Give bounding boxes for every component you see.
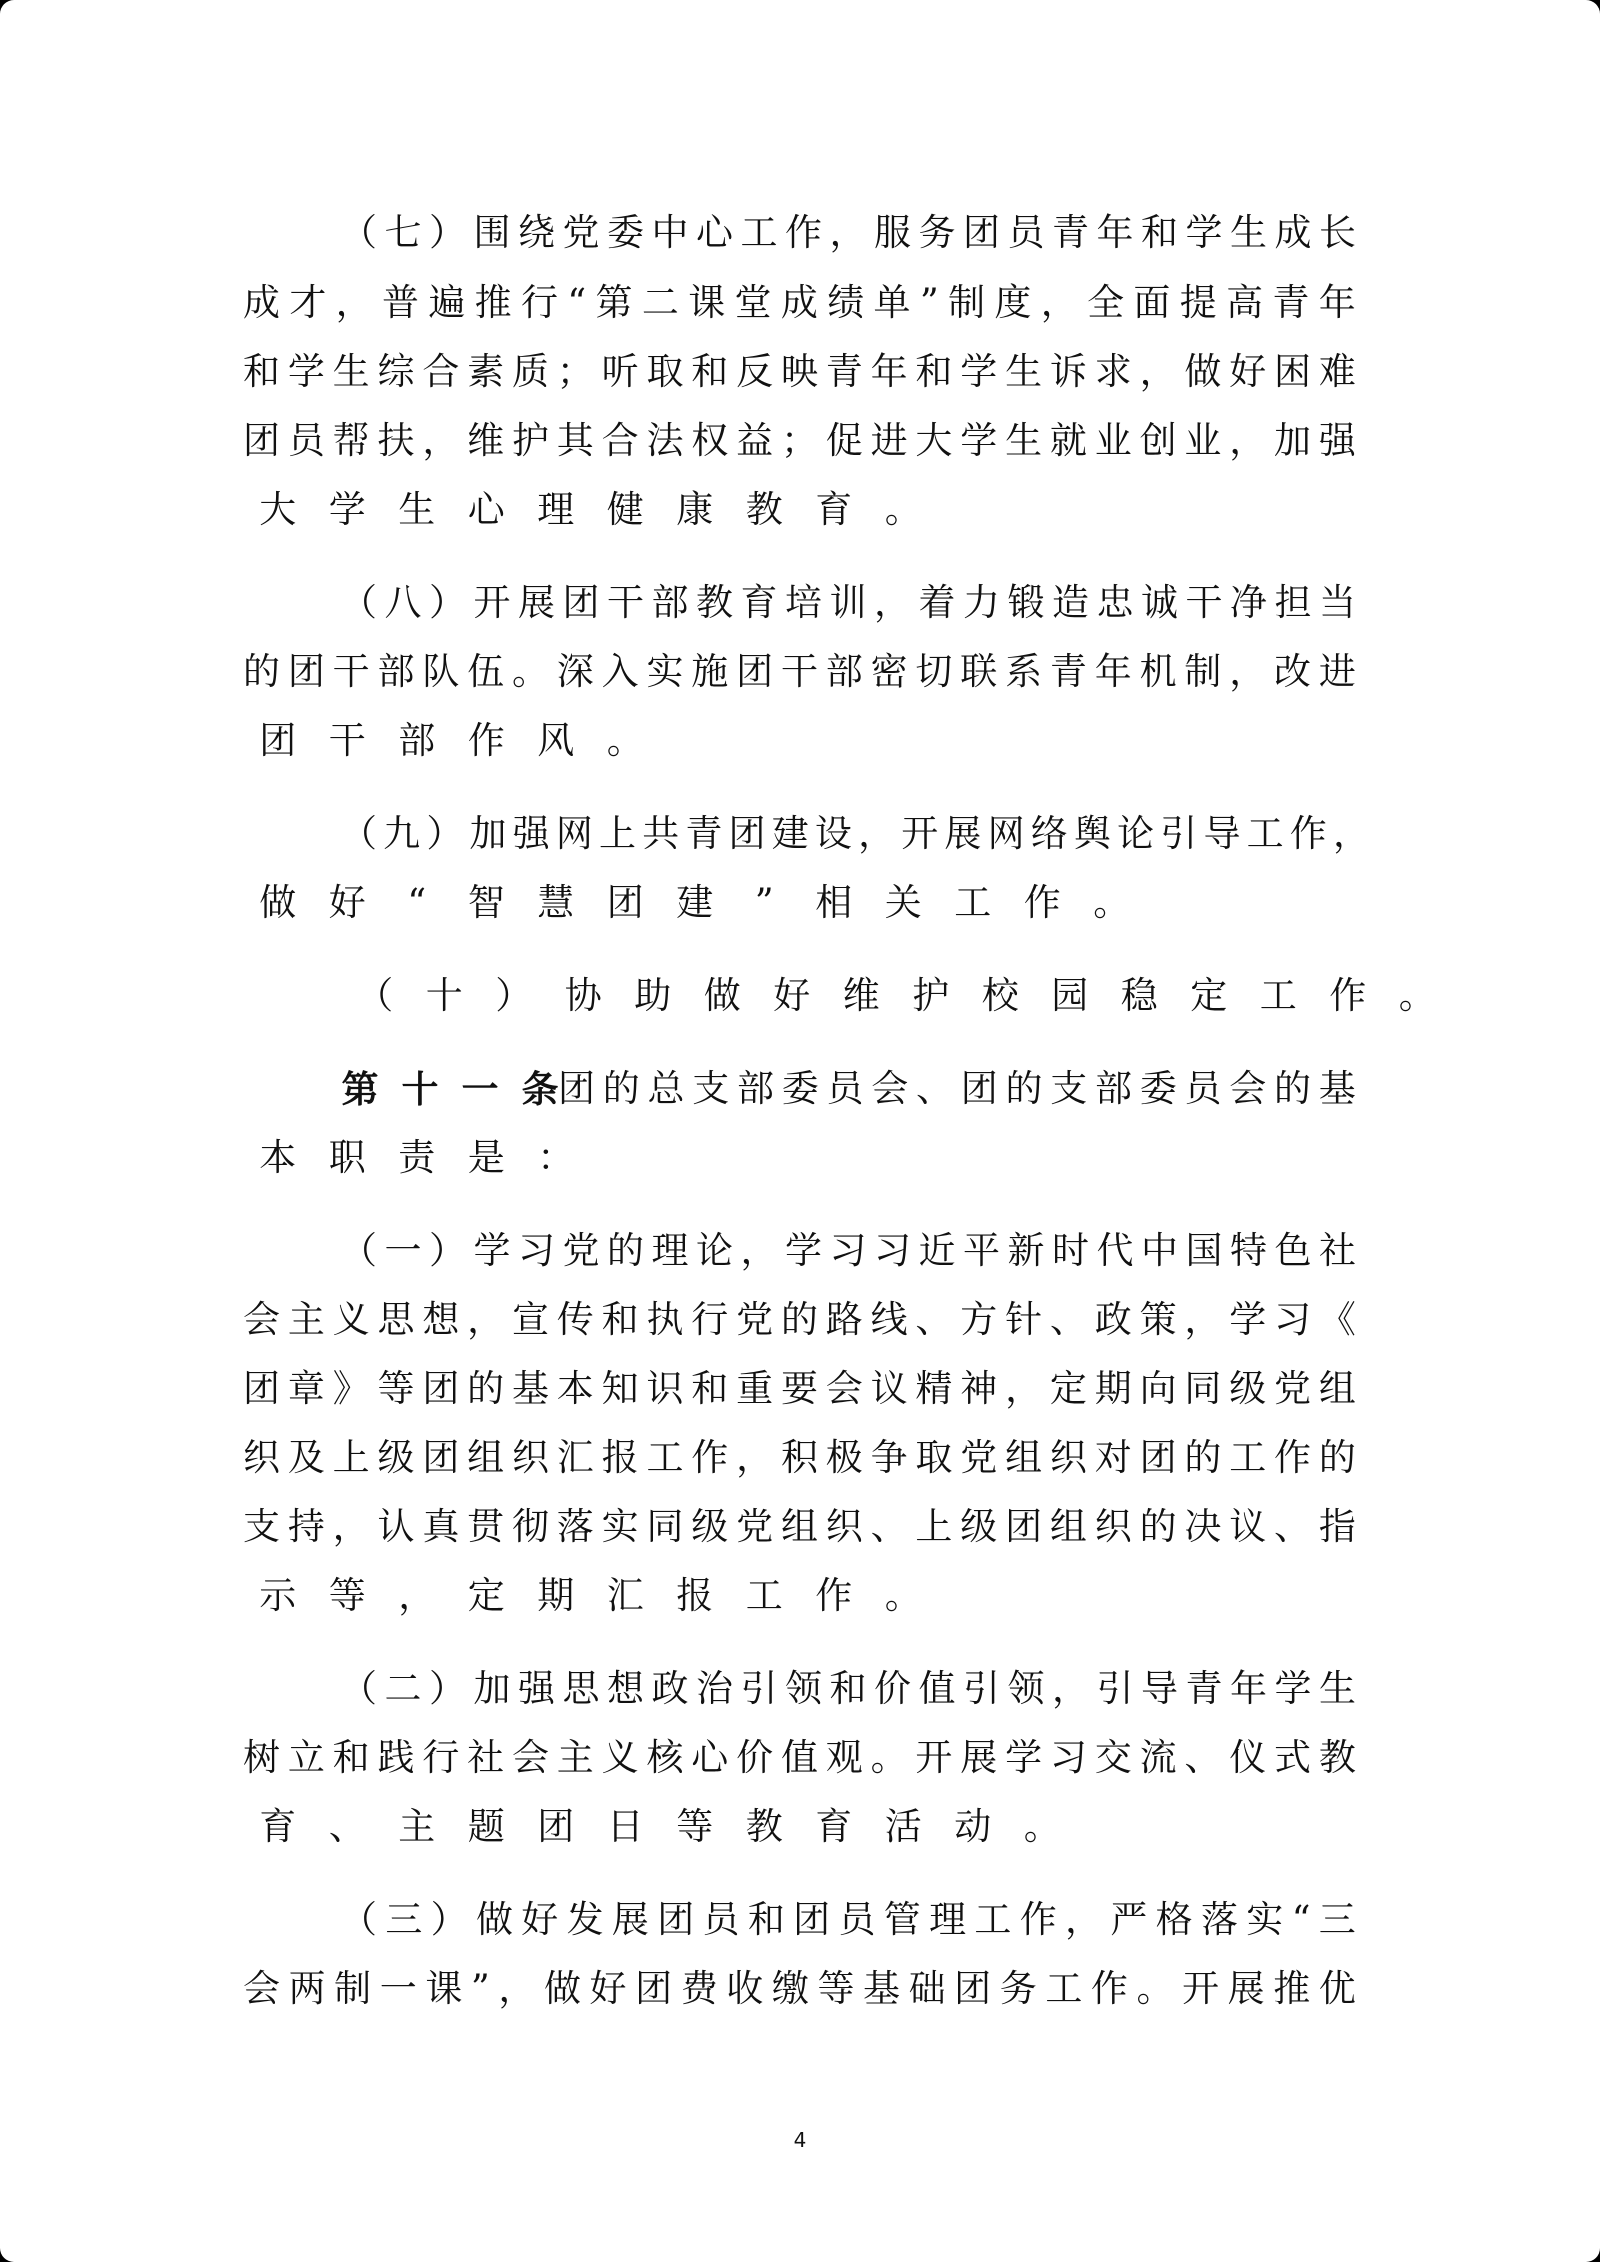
char: 十: [410, 971, 480, 1021]
char: 遍: [428, 278, 465, 328]
char: 普: [382, 278, 419, 328]
char: 特: [1230, 1226, 1267, 1276]
char: 习: [874, 1226, 911, 1276]
char: 争: [871, 1433, 908, 1483]
char: 的: [1319, 1433, 1356, 1483]
char: ；: [781, 416, 818, 466]
char: 学: [1229, 1295, 1266, 1345]
char: 困: [1274, 347, 1311, 397]
char: 质: [512, 347, 549, 397]
char: 策: [1140, 1295, 1177, 1345]
char: 课: [425, 1964, 462, 2014]
char: 团: [657, 1895, 694, 1945]
char: （: [340, 1226, 377, 1276]
char: 年: [871, 347, 908, 397]
text-line: 团员帮扶，维护其合法权益；促进大学生就业创业，加强: [243, 416, 1356, 466]
char: 同: [646, 1502, 683, 1552]
char: 和: [830, 1664, 867, 1714]
char: 代: [1097, 1226, 1134, 1276]
char: 实: [602, 1502, 639, 1552]
char: 队: [422, 647, 459, 697]
char: 七: [385, 208, 422, 258]
char: 求: [1095, 347, 1132, 397]
char: 严: [1110, 1895, 1147, 1945]
char: 开: [1182, 1964, 1219, 2014]
char: 干: [313, 716, 383, 766]
char: 开: [915, 1733, 952, 1783]
text-line: （三）做好发展团员和团员管理工作，严格落实“三: [340, 1895, 1356, 1945]
char: 核: [646, 1733, 683, 1783]
char: （: [340, 1664, 377, 1714]
char: 级: [691, 1502, 728, 1552]
char: 员: [827, 1064, 864, 1114]
char: ，: [1052, 1664, 1089, 1714]
char: ，: [1041, 278, 1078, 328]
char: 作: [1274, 1433, 1311, 1483]
char: 好: [313, 878, 383, 928]
char: 中: [1141, 1226, 1178, 1276]
char: 十: [390, 1064, 450, 1114]
char: 伍: [467, 647, 504, 697]
char: 价: [874, 1664, 911, 1714]
char: 治: [696, 1664, 733, 1714]
char: 习: [1274, 1295, 1311, 1345]
char: 党: [1274, 1364, 1311, 1414]
char: 生: [1005, 416, 1042, 466]
char: 汇: [557, 1433, 594, 1483]
char: 全: [1087, 278, 1124, 328]
char: 色: [1275, 1226, 1312, 1276]
text-line: 团干部作风。: [243, 716, 1356, 766]
char: 是: [452, 1133, 522, 1183]
char: 、: [916, 1064, 953, 1114]
char: 会: [826, 1364, 863, 1414]
char: 党: [736, 1502, 773, 1552]
char: 费: [681, 1964, 718, 2014]
char: 强: [513, 809, 550, 859]
char: 和: [748, 1895, 785, 1945]
char: 实: [646, 647, 683, 697]
char: 党: [960, 1433, 997, 1483]
char: 报: [660, 1571, 730, 1621]
char: 组: [1005, 1433, 1042, 1483]
char: 年: [1319, 278, 1356, 328]
text-line: 育、主题团日等教育活动。: [243, 1802, 1356, 1852]
char: （: [340, 578, 377, 628]
char: 。: [869, 485, 939, 535]
char: 其: [557, 416, 594, 466]
char: 高: [1226, 278, 1263, 328]
char: 交: [1095, 1733, 1132, 1783]
char: 协: [549, 971, 619, 1021]
char: 切: [915, 647, 952, 697]
char: 团: [736, 647, 773, 697]
char: ，: [1184, 1295, 1221, 1345]
char: 平: [963, 1226, 1000, 1276]
char: 校: [966, 971, 1036, 1021]
char: 生: [1005, 347, 1042, 397]
text-line: （八）开展团干部教育培训，着力锻造忠诚干净担当: [340, 578, 1356, 628]
char: 式: [1274, 1733, 1311, 1783]
char: ）: [479, 971, 549, 1021]
text-line: 做好“智慧团建”相关工作。: [243, 878, 1356, 928]
char: 教: [730, 1802, 800, 1852]
char: 落: [557, 1502, 594, 1552]
char: 、: [313, 1802, 383, 1852]
char: 党: [563, 1226, 600, 1276]
char: 流: [1140, 1733, 1177, 1783]
char: 改: [1274, 647, 1311, 697]
char: 维: [467, 416, 504, 466]
char: 培: [785, 578, 822, 628]
char: 思: [377, 1295, 414, 1345]
char: 年: [1097, 208, 1134, 258]
char: 员: [1008, 208, 1045, 258]
char: 主: [382, 1802, 452, 1852]
char: 度: [994, 278, 1031, 328]
char: 员: [1185, 1064, 1222, 1114]
char: 团: [422, 1364, 459, 1414]
char: 促: [826, 416, 863, 466]
char: 诚: [1141, 578, 1178, 628]
char: 的: [1184, 1433, 1221, 1483]
char: 定: [1174, 971, 1244, 1021]
char: 制: [948, 278, 985, 328]
char: 和: [243, 347, 280, 397]
char: 上: [599, 809, 636, 859]
char: 加: [474, 1664, 511, 1714]
char: 重: [736, 1364, 773, 1414]
page-number: 4: [0, 2128, 1600, 2152]
char: ，: [874, 578, 911, 628]
char: 践: [377, 1733, 414, 1783]
char: 强: [518, 1664, 555, 1714]
char: 落: [1201, 1895, 1238, 1945]
char: 识: [646, 1364, 683, 1414]
text-line: 会主义思想，宣传和执行党的路线、方针、政策，学习《: [243, 1295, 1356, 1345]
char: 行: [422, 1733, 459, 1783]
char: 绩: [827, 278, 864, 328]
char: 扶: [377, 416, 414, 466]
char: 推: [475, 278, 512, 328]
char: 好: [590, 1964, 627, 2014]
char: ，: [1229, 647, 1266, 697]
char: 基: [512, 1364, 549, 1414]
char: 法: [646, 416, 683, 466]
char: 团: [521, 1802, 591, 1852]
char: 团: [1140, 1433, 1177, 1483]
char: 展: [960, 1733, 997, 1783]
char: 稳: [1105, 971, 1175, 1021]
char: 贯: [467, 1502, 504, 1552]
char: 青: [1186, 1664, 1223, 1714]
char: 领: [785, 1664, 822, 1714]
char: 作: [785, 208, 822, 258]
char: 的: [603, 1064, 640, 1114]
char: 方: [960, 1295, 997, 1345]
char: 作: [691, 1433, 728, 1483]
char: 作: [1313, 971, 1383, 1021]
char: 大: [915, 416, 952, 466]
char: 等: [817, 1964, 854, 2014]
text-line: 大学生心理健康教育。: [243, 485, 1356, 535]
char: 总: [648, 1064, 685, 1114]
char: 真: [422, 1502, 459, 1552]
char: 担: [1275, 578, 1312, 628]
char: 慧: [521, 878, 591, 928]
char: “: [382, 878, 452, 928]
char: 级: [1229, 1364, 1266, 1414]
char: 组: [467, 1433, 504, 1483]
char: 。: [1136, 1964, 1173, 2014]
char: 作: [1290, 809, 1327, 859]
char: 政: [1095, 1295, 1132, 1345]
char: 线: [871, 1295, 908, 1345]
text-line: 树立和践行社会主义核心价值观。开展学习交流、仪式教: [243, 1733, 1356, 1783]
char: 收: [726, 1964, 763, 2014]
char: 机: [1140, 647, 1177, 697]
char: 。: [1008, 1802, 1078, 1852]
char: 业: [1184, 416, 1221, 466]
char: 生: [1230, 208, 1267, 258]
text-line: （九）加强网上共青团建设，开展网络舆论引导工作，: [340, 809, 1370, 859]
char: 员: [703, 1895, 740, 1945]
char: 做: [544, 1964, 581, 2014]
char: 引: [741, 1664, 778, 1714]
char: 部: [737, 1064, 774, 1114]
char: 等: [313, 1571, 383, 1621]
char: 员: [838, 1895, 875, 1945]
char: 的: [1006, 1064, 1043, 1114]
char: 做: [243, 878, 313, 928]
char: 想: [422, 1295, 459, 1345]
char: 青: [826, 347, 863, 397]
char: 持: [288, 1502, 325, 1552]
char: 引: [1097, 1664, 1134, 1714]
char: 路: [826, 1295, 863, 1345]
char: ，: [1065, 1895, 1102, 1945]
char: 青: [685, 809, 722, 859]
char: 工: [741, 208, 778, 258]
char: 学: [1005, 1733, 1042, 1783]
char: 三: [385, 1895, 422, 1945]
char: 听: [602, 347, 639, 397]
char: 要: [781, 1364, 818, 1414]
char: ，: [467, 1295, 504, 1345]
char: 定: [1050, 1364, 1087, 1414]
char: ）: [431, 1895, 468, 1945]
char: 制: [1184, 647, 1221, 697]
text-line: 的团干部队伍。深入实施团干部密切联系青年机制，改进: [243, 647, 1356, 697]
char: 发: [567, 1895, 604, 1945]
char: 心: [452, 485, 522, 535]
text-line: （十）协助做好维护校园稳定工作。: [340, 971, 1453, 1021]
char: 综: [377, 347, 414, 397]
char: 的: [781, 1295, 818, 1345]
char: 观: [826, 1733, 863, 1783]
char: 值: [919, 1664, 956, 1714]
text-line: 织及上级团组织汇报工作，积极争取党组织对团的工作的: [243, 1433, 1356, 1483]
char: ，: [498, 1964, 535, 2014]
char: 主: [288, 1295, 325, 1345]
char: 作: [1091, 1964, 1128, 2014]
char: 成: [243, 278, 280, 328]
char: ，: [858, 809, 895, 859]
char: 生: [333, 347, 370, 397]
char: 政: [652, 1664, 689, 1714]
char: 支: [1050, 1064, 1087, 1114]
char: 社: [467, 1733, 504, 1783]
char: （: [340, 809, 377, 859]
char: 思: [563, 1664, 600, 1714]
char: 新: [1008, 1226, 1045, 1276]
char: 建: [772, 809, 809, 859]
text-line: 团章》等团的基本知识和重要会议精神，定期向同级党组: [243, 1364, 1356, 1414]
char: “: [1292, 1895, 1311, 1945]
char: 团: [954, 1964, 991, 2014]
char: 职: [313, 1133, 383, 1183]
char: 》: [333, 1364, 370, 1414]
char: 上: [333, 1433, 370, 1483]
article-heading: 第十一条: [330, 1064, 570, 1114]
char: 心: [696, 208, 733, 258]
char: 生: [382, 485, 452, 535]
char: 部: [1095, 1064, 1132, 1114]
char: 相: [799, 878, 869, 928]
char: 、: [1184, 1733, 1221, 1783]
char: （: [340, 1895, 377, 1945]
char: 责: [382, 1133, 452, 1183]
char: 合: [422, 347, 459, 397]
char: 密: [871, 647, 908, 697]
char: 彻: [512, 1502, 549, 1552]
char: 深: [557, 647, 594, 697]
char: 组: [781, 1502, 818, 1552]
char: 决: [1184, 1502, 1221, 1552]
char: 员: [288, 416, 325, 466]
char: ）: [429, 1226, 466, 1276]
char: 时: [1052, 1226, 1089, 1276]
char: 反: [736, 347, 773, 397]
char: 格: [1156, 1895, 1193, 1945]
char: 三: [1319, 1895, 1356, 1945]
char: 期: [521, 1571, 591, 1621]
char: ）: [429, 1664, 466, 1714]
char: ，: [1005, 1364, 1042, 1414]
char: 团: [635, 1964, 672, 2014]
char: 学: [960, 416, 997, 466]
char: 展: [518, 578, 555, 628]
char: 和: [915, 347, 952, 397]
char: 八: [385, 578, 422, 628]
char: 两: [289, 1964, 326, 2014]
char: 学: [1186, 208, 1223, 258]
char: 。: [869, 1571, 939, 1621]
article-heading-line: 第十一条 团的总支部委员会、团的支部委员会的基: [0, 1064, 1600, 1114]
char: 展: [612, 1895, 649, 1945]
char: 近: [919, 1226, 956, 1276]
char: 绕: [518, 208, 555, 258]
char: 组: [1050, 1502, 1087, 1552]
char: 开: [474, 578, 511, 628]
char: 做: [476, 1895, 513, 1945]
char: 的: [1274, 1064, 1311, 1114]
char: 教: [730, 485, 800, 535]
char: 上: [915, 1502, 952, 1552]
char: 团: [1005, 1502, 1042, 1552]
char: 帮: [333, 416, 370, 466]
text-line: 示等，定期汇报工作。: [243, 1571, 1356, 1621]
char: 部: [826, 647, 863, 697]
char: 工: [1247, 809, 1284, 859]
char: 中: [652, 208, 689, 258]
char: 成: [781, 278, 818, 328]
char: 组: [1319, 1364, 1356, 1414]
char: 习: [1050, 1733, 1087, 1783]
char: 育: [799, 1802, 869, 1852]
char: 干: [781, 647, 818, 697]
char: 青: [1052, 208, 1089, 258]
char: 维: [827, 971, 897, 1021]
char: 议: [1229, 1502, 1266, 1552]
char: 团: [961, 1064, 998, 1114]
char: 日: [591, 1802, 661, 1852]
char: 团: [288, 647, 325, 697]
char: ”: [471, 1964, 490, 2014]
char: 宣: [512, 1295, 549, 1345]
char: 学: [785, 1226, 822, 1276]
char: 教: [1319, 1733, 1356, 1783]
char: 作: [452, 716, 522, 766]
char: ，: [741, 1226, 778, 1276]
char: 工: [730, 1571, 800, 1621]
char: 行: [691, 1295, 728, 1345]
char: 网: [988, 809, 1025, 859]
char: ）: [426, 809, 463, 859]
char: 提: [1180, 278, 1217, 328]
char: 委: [607, 208, 644, 258]
char: 作: [799, 1571, 869, 1621]
char: 护: [896, 971, 966, 1021]
char: ，: [830, 208, 867, 258]
char: 值: [781, 1733, 818, 1783]
char: 团: [793, 1895, 830, 1945]
char: 神: [960, 1364, 997, 1414]
char: 定: [452, 1571, 522, 1621]
char: 织: [512, 1433, 549, 1483]
char: 干: [607, 578, 644, 628]
char: 导: [1203, 809, 1240, 859]
char: 向: [1140, 1364, 1177, 1414]
char: 主: [557, 1733, 594, 1783]
char: 入: [602, 647, 639, 697]
char: 训: [830, 578, 867, 628]
char: 联: [960, 647, 997, 697]
char: 执: [646, 1295, 683, 1345]
char: 党: [736, 1295, 773, 1345]
char: 、: [871, 1502, 908, 1552]
char: 础: [909, 1964, 946, 2014]
char: 报: [602, 1433, 639, 1483]
document-page: （七）围绕党委中心工作，服务团员青年和学生成长 成才，普遍推行“第二课堂成绩单”…: [0, 0, 1600, 2262]
char: 团: [243, 716, 313, 766]
char: 等: [660, 1802, 730, 1852]
char: 社: [1319, 1226, 1356, 1276]
char: 络: [1031, 809, 1068, 859]
char: 二: [385, 1664, 422, 1714]
char: 施: [691, 647, 728, 697]
char: 学: [313, 485, 383, 535]
